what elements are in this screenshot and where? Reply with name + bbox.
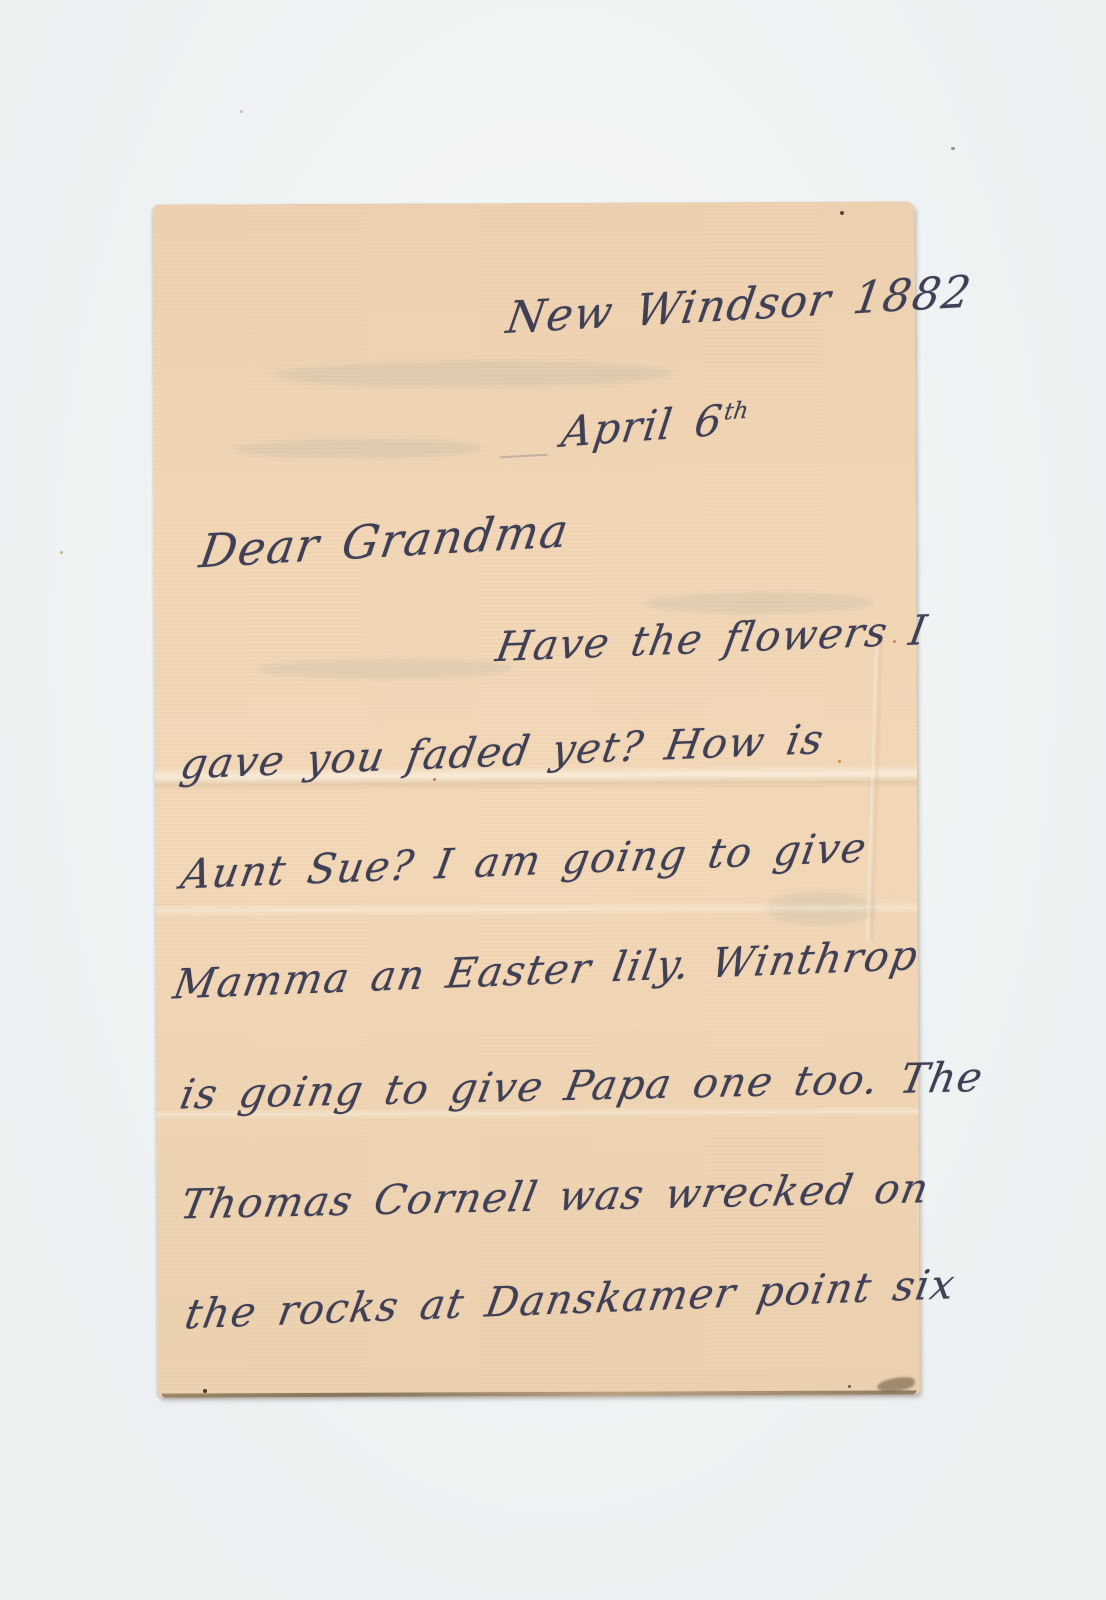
foxing-speck <box>951 147 955 150</box>
body-line: Have the flowers I <box>492 606 931 671</box>
foxing-speck <box>838 760 841 763</box>
body-line: the rocks at Danskamer point six <box>181 1260 959 1339</box>
body-line: Thomas Cornell was wrecked on <box>177 1164 934 1229</box>
foxing-speck <box>840 211 844 215</box>
foxing-speck <box>433 778 436 781</box>
date-main: April 6 <box>559 395 727 457</box>
photograph-background: New Windsor 1882 April 6th Dear Grandma … <box>0 0 1106 1600</box>
place-date-line: New Windsor 1882 <box>503 266 975 344</box>
foxing-speck <box>240 110 243 113</box>
body-line: Mamma an Easter lily. Winthrop <box>170 931 923 1009</box>
date-ordinal: th <box>722 398 750 426</box>
ink-showthrough <box>273 360 673 388</box>
foxing-speck <box>893 640 896 643</box>
ink-showthrough <box>254 658 514 679</box>
body-line: Aunt Sue? I am going to give <box>177 823 871 898</box>
salutation-line: Dear Grandma <box>196 503 573 579</box>
letter-paper: New Windsor 1882 April 6th Dear Grandma … <box>152 201 919 1397</box>
date-line: April 6th <box>559 393 751 456</box>
ink-showthrough <box>233 438 483 459</box>
pen-dash <box>499 454 547 459</box>
foxing-speck <box>60 551 63 554</box>
paper-bottom-edge <box>162 1390 917 1397</box>
foxing-speck <box>203 1389 207 1393</box>
foxing-speck <box>848 1385 851 1388</box>
